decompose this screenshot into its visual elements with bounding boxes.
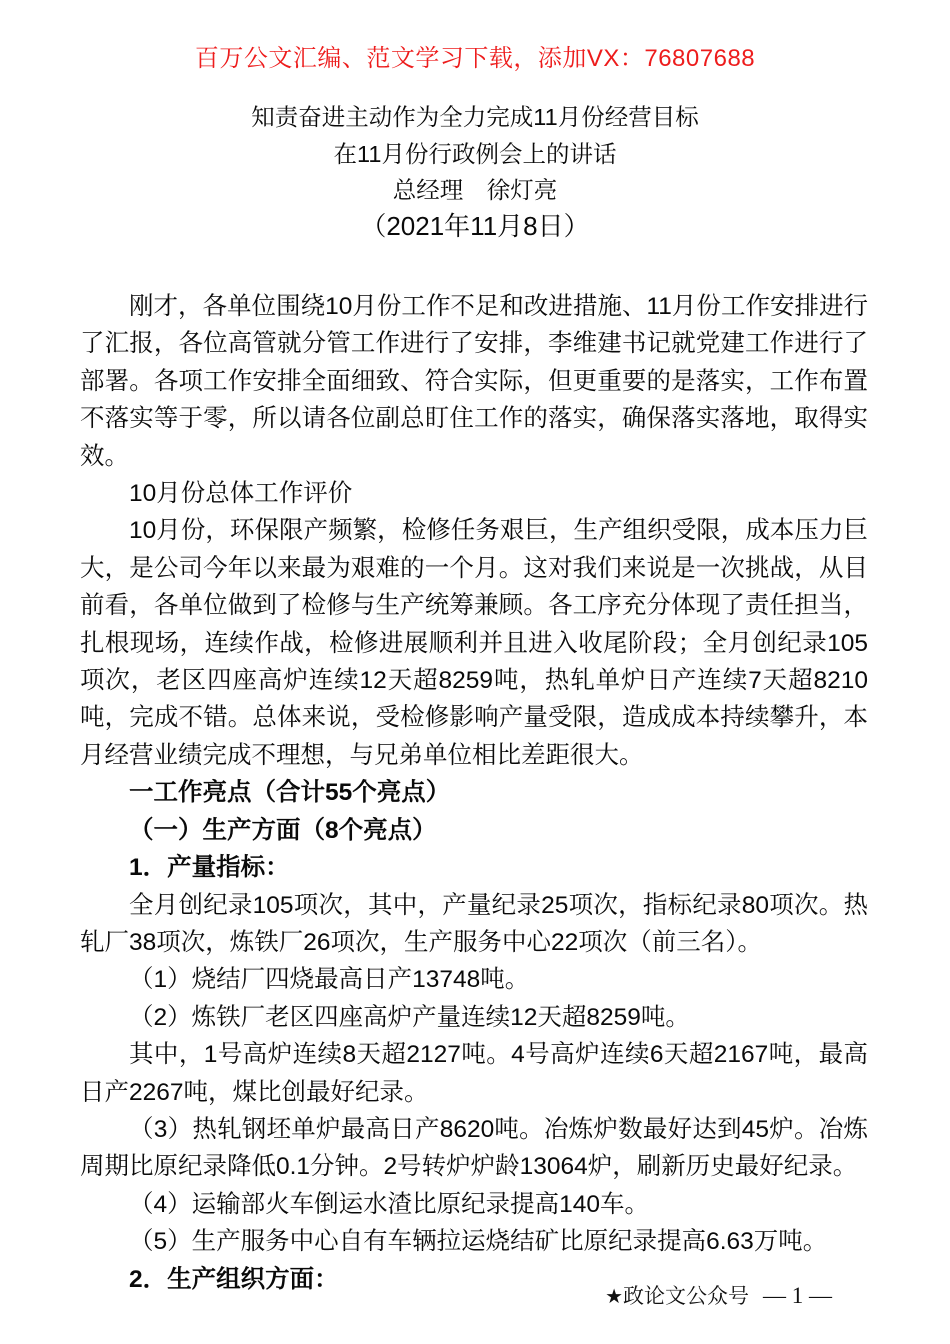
body-paragraph-october-review: 10月份，环保限产频繁，检修任务艰巨，生产组织受限，成本压力巨大，是公司今年以来…: [80, 512, 868, 774]
body-paragraph-opening: 刚才，各单位围绕10月份工作不足和改进措施、11月份工作安排进行了汇报，各位高管…: [80, 288, 868, 475]
ad-banner-text: 百万公文汇编、范文学习下载，添加VX：76807688: [0, 0, 950, 74]
document-title: 知责奋进主动作为全力完成11月份经营目标: [0, 98, 950, 136]
paragraph-furnace-details: 其中，1号高炉连续8天超2127吨。4号高炉连续6天超2167吨，最高日产226…: [80, 1036, 868, 1111]
footer-brand-label: 政论文公众号: [623, 1285, 749, 1308]
list-item-service-center: （5）生产服务中心自有车辆拉运烧结矿比原纪录提高6.63万吨。: [80, 1223, 868, 1260]
heading-work-highlights: 一工作亮点（合计55个亮点）: [80, 774, 868, 811]
star-icon: ★: [605, 1286, 623, 1308]
date-line: （2021年11月8日）: [0, 208, 950, 244]
document-page: 百万公文汇编、范文学习下载，添加VX：76807688 知责奋进主动作为全力完成…: [0, 0, 950, 1344]
page-number: — 1 —: [763, 1283, 832, 1308]
document-body: 刚才，各单位围绕10月份工作不足和改进措施、11月份工作安排进行了汇报，各位高管…: [0, 288, 950, 1298]
heading-output-indicators: 1．产量指标：: [80, 849, 868, 886]
document-subtitle: 在11月份行政例会上的讲话: [0, 136, 950, 172]
author-line: 总经理 徐灯亮: [0, 172, 950, 208]
list-item-hot-rolling: （3）热轧钢坯单炉最高日产8620吨。冶炼炉数最好达到45炉。冶炼周期比原纪录降…: [80, 1111, 868, 1186]
page-footer: ★政论文公众号— 1 —: [605, 1280, 832, 1310]
list-item-transport-dept: （4）运输部火车倒运水渣比原纪录提高140车。: [80, 1186, 868, 1223]
paragraph-records-summary: 全月创纪录105项次，其中，产量纪录25项次，指标纪录80项次。热轧厂38项次，…: [80, 887, 868, 962]
list-item-iron-plant: （2）炼铁厂老区四座高炉产量连续12天超8259吨。: [80, 999, 868, 1036]
title-block: 知责奋进主动作为全力完成11月份经营目标 在11月份行政例会上的讲话 总经理 徐…: [0, 98, 950, 244]
line-october-overall-evaluation: 10月份总体工作评价: [80, 475, 868, 512]
list-item-sintering-plant: （1）烧结厂四烧最高日产13748吨。: [80, 961, 868, 998]
heading-production-aspect: （一）生产方面（8个亮点）: [80, 812, 868, 849]
